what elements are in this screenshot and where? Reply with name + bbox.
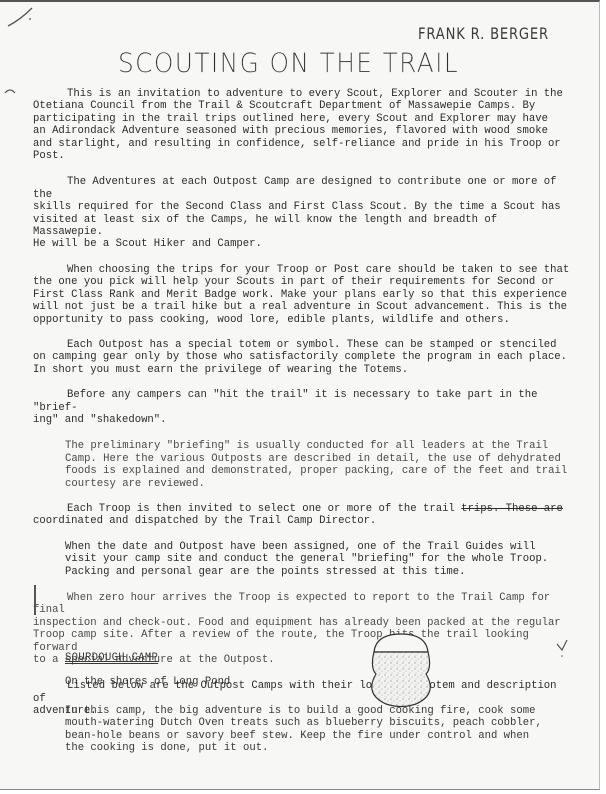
paragraph-choosing: When choosing the trips for your Troop o… — [33, 264, 573, 326]
select-text-after: coordinated and dispatched by the Trail … — [33, 515, 376, 527]
paragraph-select: Each Troop is then invited to select one… — [33, 503, 573, 528]
camp-section: SOURDOUGH CAMP On the shores of Long Pon… — [65, 652, 565, 689]
check-mark — [555, 638, 569, 660]
paragraph-adventures: The Adventures at each Outpost Camp are … — [33, 176, 573, 250]
camp-location: On the shores of Long Pond — [65, 676, 565, 688]
document-body: This is an invitation to adventure to ev… — [33, 88, 573, 729]
camp-description: In this camp, the big adventure is to bu… — [65, 705, 565, 755]
camp-name: SOURDOUGH CAMP — [65, 652, 565, 664]
paragraph-before: Before any campers can "hit the trail" i… — [33, 389, 573, 426]
paragraph-totem: Each Outpost has a special totem or symb… — [33, 339, 573, 376]
punch-hole-mark — [4, 86, 16, 96]
paragraph-briefing: The preliminary "briefing" is usually co… — [65, 440, 573, 490]
struck-text: trips. These are — [461, 503, 563, 515]
paragraph-intro: This is an invitation to adventure to ev… — [33, 88, 573, 162]
margin-bracket-mark — [34, 585, 36, 615]
sourdough-pot-totem-icon — [360, 632, 442, 708]
paragraph-assigned: When the date and Outpost have been assi… — [65, 541, 573, 578]
select-text-before: Each Troop is then invited to select one… — [67, 503, 461, 515]
document-page: FRANK R. BERGER SCOUTING ON THE TRAIL Th… — [0, 0, 600, 790]
author-stamp: FRANK R. BERGER — [418, 24, 549, 43]
page-title: SCOUTING ON THE TRAIL — [118, 48, 459, 79]
pen-stroke-mark — [6, 6, 34, 28]
